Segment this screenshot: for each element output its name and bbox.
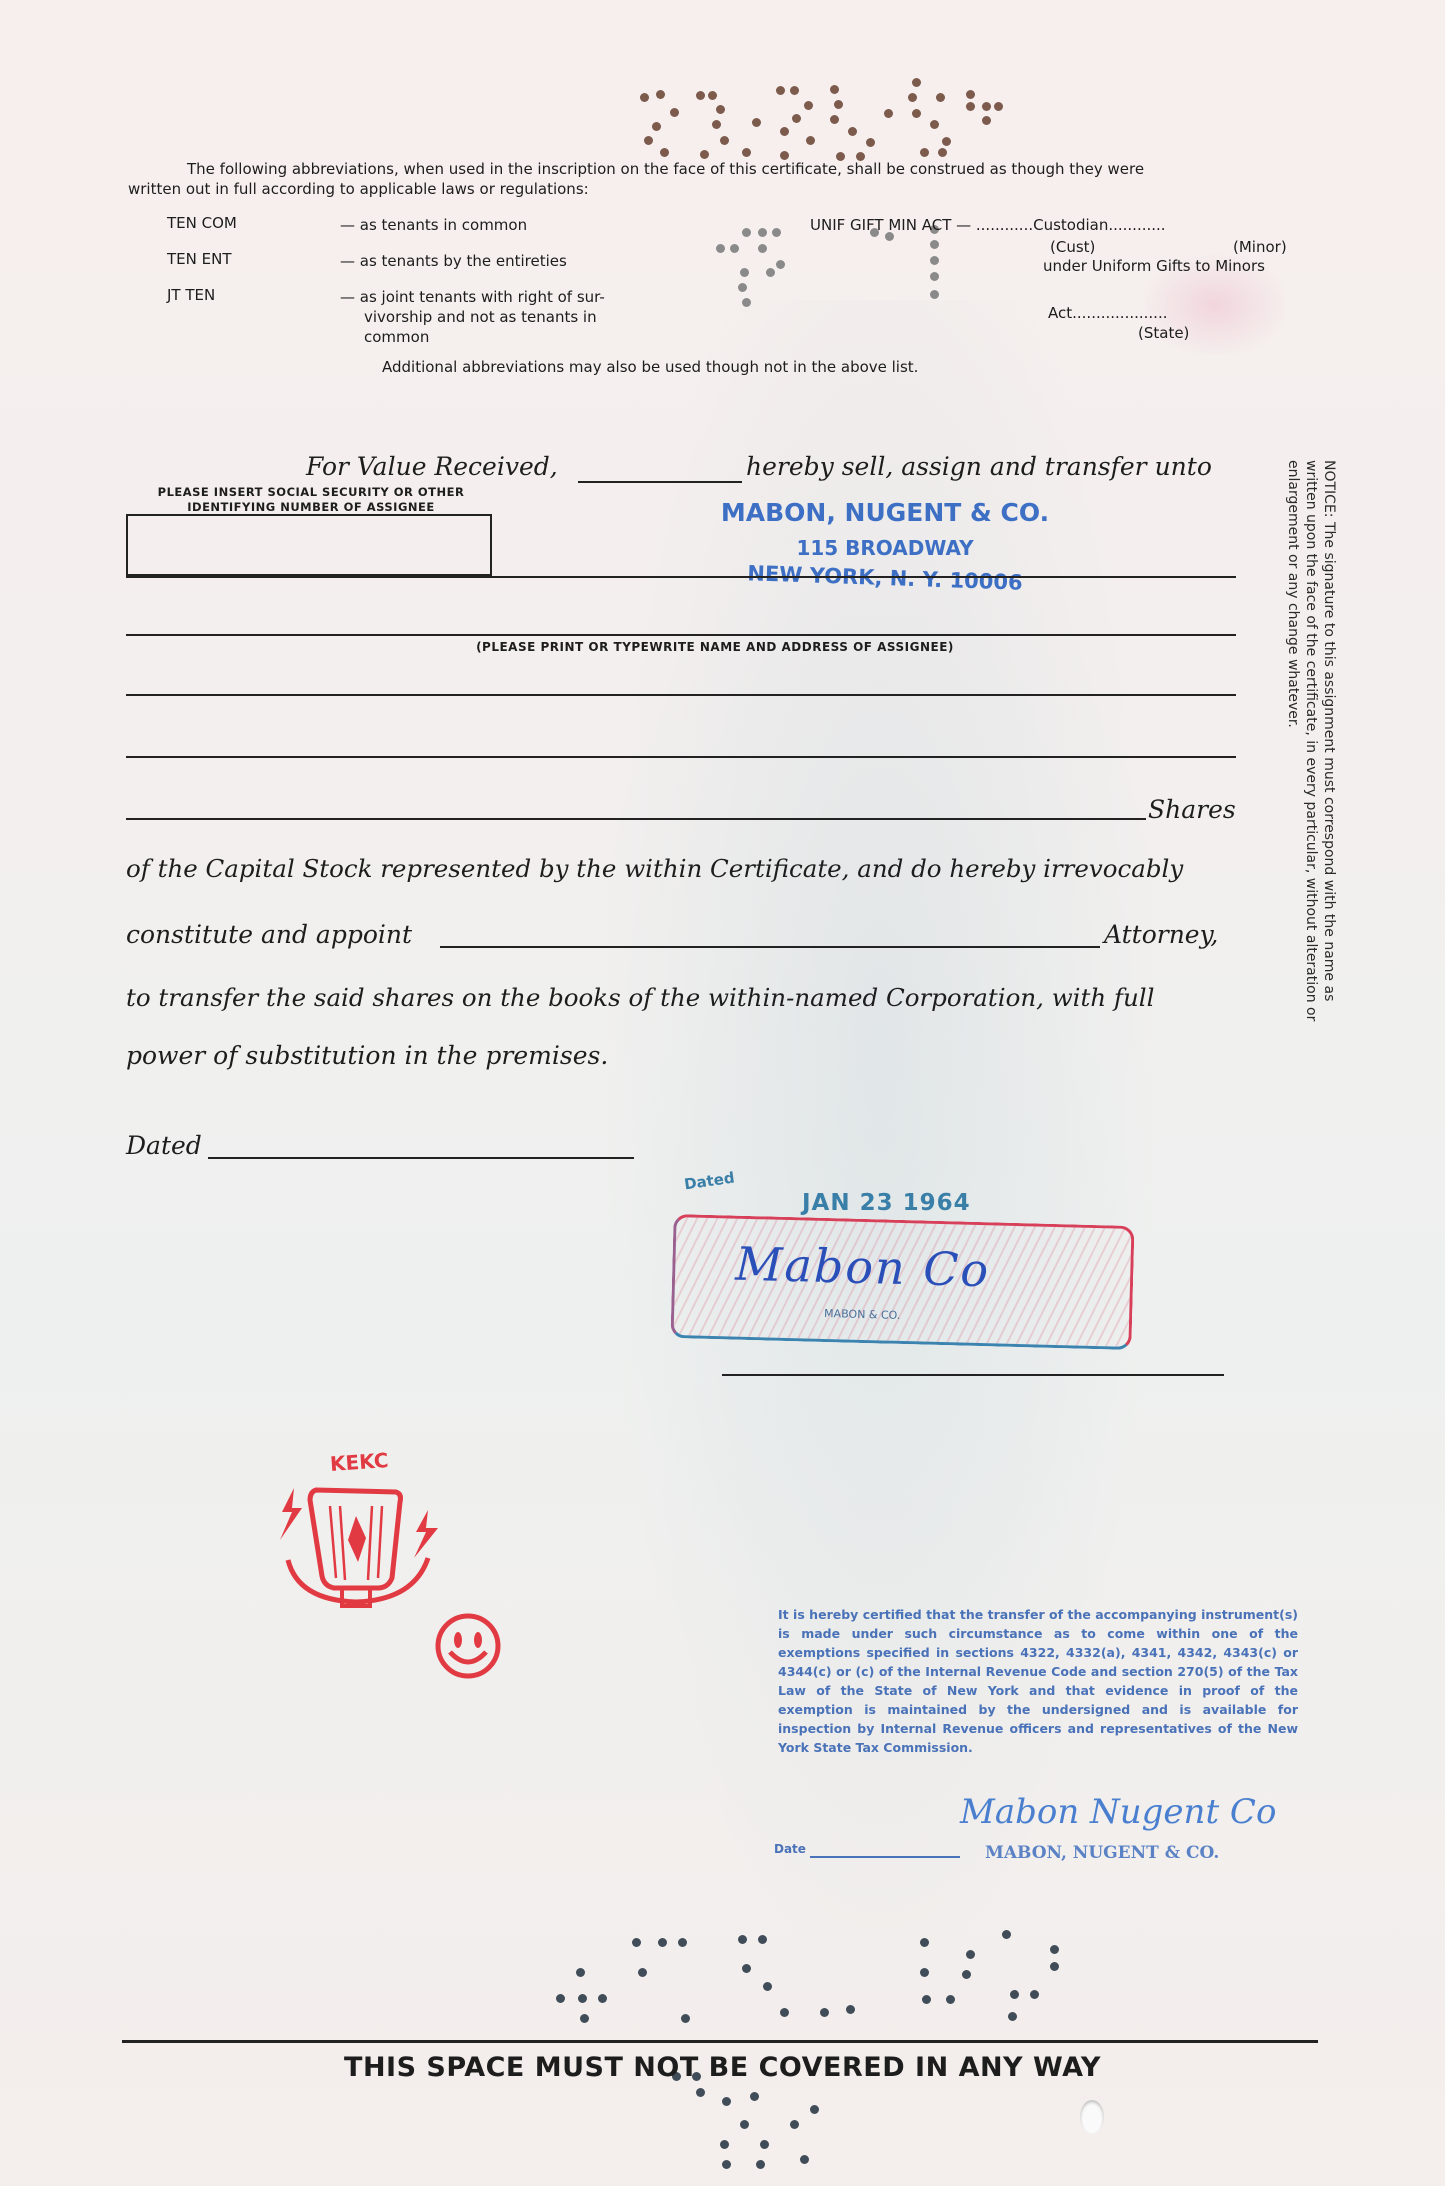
perforation-dot xyxy=(922,1995,931,2004)
ssn-label-line-2: IDENTIFYING NUMBER OF ASSIGNEE xyxy=(126,500,496,514)
date-stamp-date: JAN 23 1964 xyxy=(802,1190,971,1216)
perforation-dot xyxy=(738,283,747,292)
perforation-dot xyxy=(742,1964,751,1973)
perforation-dot xyxy=(780,2008,789,2017)
perforation-dot xyxy=(700,150,709,159)
perforation-dot xyxy=(866,138,875,147)
perforation-dot xyxy=(780,127,789,136)
perforation-dot xyxy=(920,1938,929,1947)
assignee-address-line-2[interactable] xyxy=(126,756,1236,758)
intro-line-2: written out in full according to applica… xyxy=(128,180,1268,198)
assignee-name-line-1[interactable] xyxy=(126,576,1236,578)
perforation-dot xyxy=(750,2092,759,2101)
perforation-dot xyxy=(763,1982,772,1991)
perforation-dot xyxy=(790,2120,799,2129)
stamp-company: MABON & CO. xyxy=(824,1307,901,1322)
tax-exemption-certification: It is hereby certified that the transfer… xyxy=(778,1605,1298,1757)
ssn-label-line-1: PLEASE INSERT SOCIAL SECURITY OR OTHER xyxy=(126,485,496,499)
perforation-dot xyxy=(930,256,939,265)
perforation-dot xyxy=(1050,1945,1059,1954)
perforation-dot xyxy=(966,102,975,111)
perforation-dot xyxy=(920,148,929,157)
perforation-dot xyxy=(884,109,893,118)
capital-stock-text: of the Capital Stock represented by the … xyxy=(126,854,1183,883)
signature-line[interactable] xyxy=(722,1374,1224,1376)
shares-amount-line[interactable] xyxy=(126,818,1146,820)
perforation-dot xyxy=(966,1950,975,1959)
perforation-dot xyxy=(946,1995,955,2004)
perforation-dot xyxy=(644,136,653,145)
perforation-dot xyxy=(758,244,767,253)
unif-gift-cust: (Cust) xyxy=(1050,238,1095,256)
constitute-appoint-label: constitute and appoint xyxy=(126,920,412,949)
perforation-dot xyxy=(580,2014,589,2023)
perforation-dot xyxy=(720,136,729,145)
bottom-divider xyxy=(122,2040,1318,2043)
red-kekc-stamp: KEKC xyxy=(268,1450,448,1620)
perforation-dot xyxy=(908,93,917,102)
dated-line[interactable] xyxy=(208,1157,634,1159)
perforation-dot xyxy=(758,1935,767,1944)
perforation-dot xyxy=(800,2155,809,2164)
tax-date-label: Date xyxy=(774,1842,806,1856)
perforation-dot xyxy=(722,2160,731,2169)
perforation-dot xyxy=(776,86,785,95)
perforation-dot xyxy=(738,1935,747,1944)
attorney-label: Attorney, xyxy=(1104,920,1218,949)
perforation-dot xyxy=(930,272,939,281)
perforation-dot xyxy=(942,137,951,146)
tax-company: MABON, NUGENT & CO. xyxy=(985,1843,1219,1863)
perforation-dot xyxy=(920,1968,929,1977)
perforation-dot xyxy=(848,127,857,136)
perforation-dot xyxy=(740,2120,749,2129)
perforation-dot xyxy=(670,108,679,117)
perforation-dot xyxy=(830,115,839,124)
additional-abbreviations-note: Additional abbreviations may also be use… xyxy=(382,358,918,376)
bottom-banner: THIS SPACE MUST NOT BE COVERED IN ANY WA… xyxy=(0,2052,1445,2083)
perforation-dot xyxy=(760,2140,769,2149)
attorney-name-line[interactable] xyxy=(440,946,1100,948)
for-value-received-label: For Value Received, xyxy=(306,452,558,481)
perforation-dot xyxy=(696,2088,705,2097)
abbr-code-ten-com: TEN COM xyxy=(167,214,237,232)
perforation-dot xyxy=(962,1970,971,1979)
perforation-dot xyxy=(632,1938,641,1947)
perforation-dot xyxy=(681,2014,690,2023)
perforation-dot xyxy=(656,90,665,99)
seller-name-line[interactable] xyxy=(578,481,742,483)
tax-date-line[interactable] xyxy=(810,1856,960,1858)
perforation-dot xyxy=(716,244,725,253)
perforation-dot xyxy=(740,268,749,277)
perforation-dot xyxy=(834,100,843,109)
signature-notice: NOTICE: The signature to this assignment… xyxy=(1252,460,1338,1040)
assignee-stamp-line-3: NEW YORK, N. Y. 10006 xyxy=(690,559,1081,597)
print-name-address-label: (PLEASE PRINT OR TYPEWRITE NAME AND ADDR… xyxy=(300,640,1130,654)
perforation-dot xyxy=(752,118,761,127)
perforation-dot xyxy=(712,120,721,129)
shares-label: Shares xyxy=(1148,795,1236,824)
stamp-signature: Mabon Co xyxy=(735,1237,991,1298)
perforation-dot xyxy=(994,102,1003,111)
perforation-dot xyxy=(696,91,705,100)
perforation-dot xyxy=(576,1968,585,1977)
perforation-dot xyxy=(742,148,751,157)
perforation-dot xyxy=(776,260,785,269)
abbr-meaning-jt-ten-3: common xyxy=(364,328,429,346)
perforation-dot xyxy=(756,2160,765,2169)
perforation-dot xyxy=(658,1938,667,1947)
sell-assign-transfer-label: hereby sell, assign and transfer unto xyxy=(746,452,1212,481)
perforation-dot xyxy=(792,114,801,123)
perforation-dot xyxy=(730,244,739,253)
perforation-dot xyxy=(772,228,781,237)
perforation-dot xyxy=(982,102,991,111)
perforation-dot xyxy=(758,228,767,237)
perforation-dot xyxy=(804,101,813,110)
perforation-dot xyxy=(830,85,839,94)
unif-gift-state: (State) xyxy=(1138,324,1189,342)
tax-signature: Mabon Nugent Co xyxy=(960,1792,1276,1832)
perforation-dot xyxy=(640,93,649,102)
perforation-dot xyxy=(966,90,975,99)
perforation-dot xyxy=(912,109,921,118)
date-stamp-label: Dated xyxy=(683,1169,736,1194)
perforation-dot xyxy=(1050,1962,1059,1971)
perforation-dot xyxy=(780,151,789,160)
notice-text: NOTICE: The signature to this assignment… xyxy=(1285,460,1337,1021)
perforation-dot xyxy=(930,240,939,249)
shield-emblem-icon xyxy=(268,1450,448,1620)
intro-line-1: The following abbreviations, when used i… xyxy=(187,160,1327,178)
perforation-dot xyxy=(660,148,669,157)
perforation-dot xyxy=(720,2140,729,2149)
perforation-dot xyxy=(790,86,799,95)
signature-guarantee-stamp: Mabon Co MABON & CO. xyxy=(670,1214,1134,1350)
perforation-dot xyxy=(556,1994,565,2003)
perforation-dot xyxy=(652,122,661,131)
perforation-dot xyxy=(936,93,945,102)
perforation-dot xyxy=(846,2005,855,2014)
perforation-dot xyxy=(678,1938,687,1947)
perforation-dot xyxy=(1008,2012,1017,2021)
unif-gift-under: under Uniform Gifts to Minors xyxy=(1043,257,1265,275)
perforation-dot xyxy=(806,136,815,145)
abbr-meaning-ten-ent: — as tenants by the entireties xyxy=(340,252,567,270)
perforation-dot xyxy=(1030,1990,1039,1999)
assignee-stamp-line-1: MABON, NUGENT & CO. xyxy=(690,498,1080,527)
unif-gift-minor: (Minor) xyxy=(1233,238,1287,256)
perforation-dot xyxy=(930,290,939,299)
perforation-dot xyxy=(638,1968,647,1977)
abbr-meaning-ten-com: — as tenants in common xyxy=(340,216,527,234)
perforation-dot xyxy=(742,298,751,307)
transfer-text: to transfer the said shares on the books… xyxy=(126,983,1154,1012)
abbr-meaning-jt-ten: — as joint tenants with right of sur- xyxy=(340,288,605,306)
abbr-code-ten-ent: TEN ENT xyxy=(167,250,232,268)
unif-gift-act: Act.................... xyxy=(1048,304,1168,322)
red-stamp-text: KEKC xyxy=(329,1448,389,1476)
perforation-dot xyxy=(938,148,947,157)
perforation-dot xyxy=(722,2097,731,2106)
smiley-face-icon xyxy=(432,1610,504,1682)
unif-gift-min-act: UNIF GIFT MIN ACT — ............Custodia… xyxy=(810,216,1166,234)
punch-hole xyxy=(1080,2100,1104,2134)
assignee-address-line-1[interactable] xyxy=(126,694,1236,696)
power-of-substitution-text: power of substitution in the premises. xyxy=(126,1041,608,1070)
assignee-name-line-2[interactable] xyxy=(126,634,1236,636)
perforation-dot xyxy=(912,78,921,87)
abbr-code-jt-ten: JT TEN xyxy=(167,286,215,304)
assignee-stamp-line-2: 115 BROADWAY xyxy=(690,536,1080,560)
perforation-dot xyxy=(1010,1990,1019,1999)
perforation-dot xyxy=(820,2008,829,2017)
perforation-dot xyxy=(716,105,725,114)
perforation-dot xyxy=(578,1994,587,2003)
perforation-dot xyxy=(598,1994,607,2003)
perforation-dot xyxy=(766,268,775,277)
perforation-dot xyxy=(1002,1930,1011,1939)
perforation-dot xyxy=(742,228,751,237)
abbr-meaning-jt-ten-2: vivorship and not as tenants in xyxy=(364,308,597,326)
perforation-dot xyxy=(982,116,991,125)
perforation-dot xyxy=(810,2105,819,2114)
ssn-input-box[interactable] xyxy=(126,514,492,576)
perforation-dot xyxy=(708,91,717,100)
dated-label: Dated xyxy=(126,1131,202,1160)
perforation-dot xyxy=(930,120,939,129)
